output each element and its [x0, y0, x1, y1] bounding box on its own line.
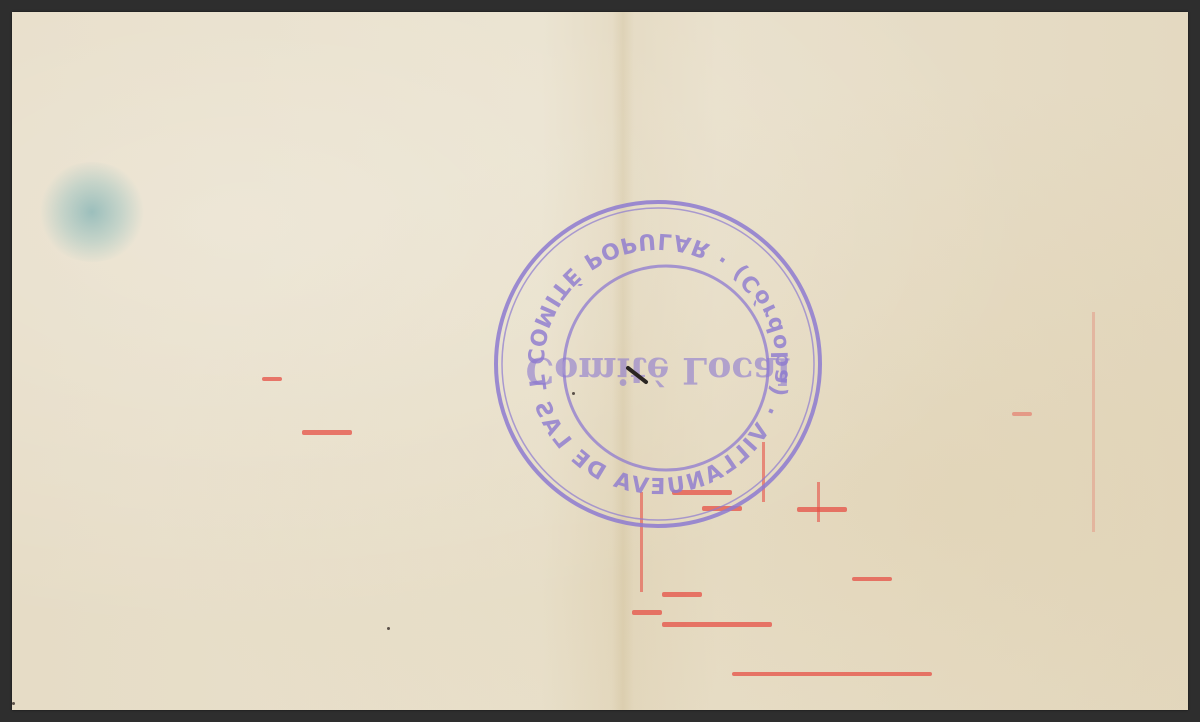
blue-ink-blot	[37, 162, 147, 262]
circular-stamp: COMITÉ POPULAR · (Córdoba) · VILLANUEVA …	[490, 196, 826, 532]
stamp-inner-text: Comité Local	[526, 349, 791, 391]
dirt-speck	[387, 627, 390, 630]
dirt-speck	[12, 702, 15, 705]
